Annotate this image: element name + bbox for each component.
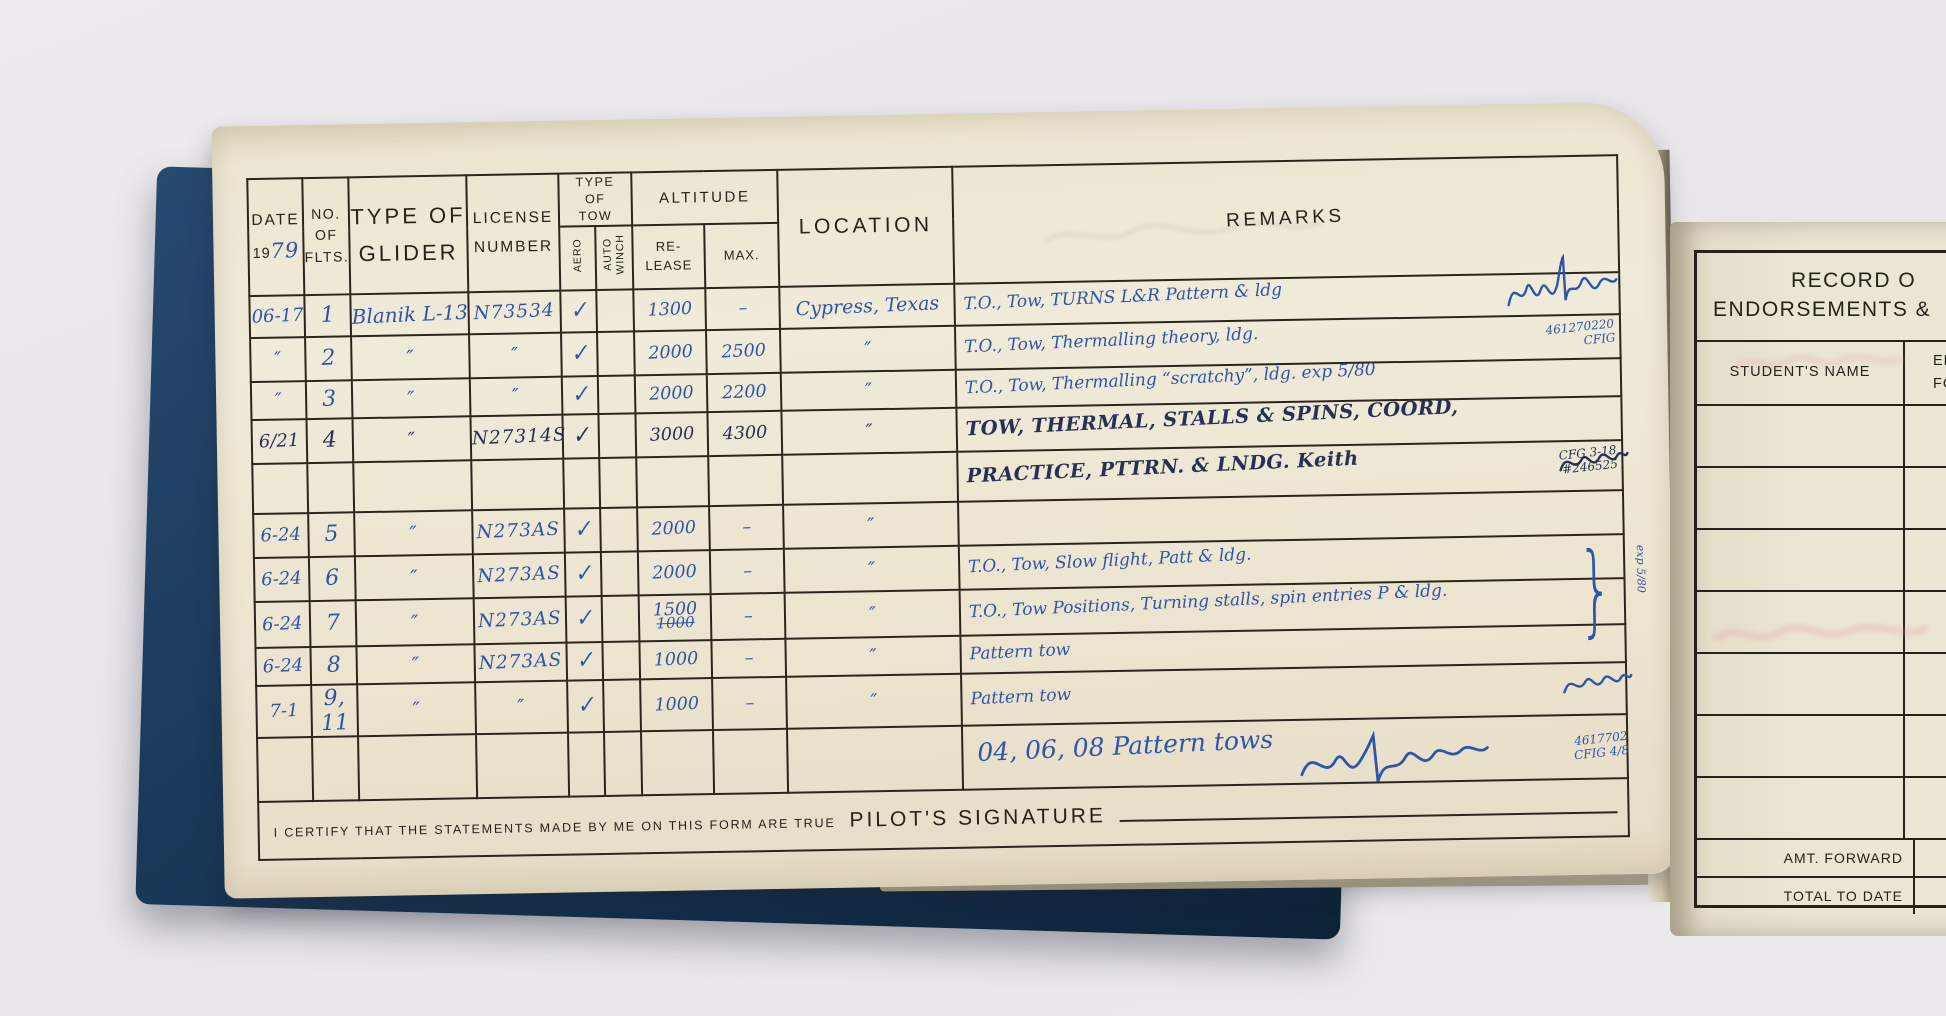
cell-date xyxy=(252,463,308,514)
cell-date: 06-17 xyxy=(249,295,305,338)
header-location: LOCATION xyxy=(777,167,954,287)
header-type-of-tow: TYPE OF TOW xyxy=(558,172,632,226)
logbook-photo: DATE 1979 NO. OF FLTS. TYPE OF GLIDER LI… xyxy=(0,0,1946,1016)
cell-license: N273AS xyxy=(474,596,567,644)
cell-location: ″ xyxy=(786,673,962,728)
header-altitude: ALTITUDE xyxy=(631,170,778,225)
cell-tow-winch xyxy=(598,413,636,458)
cell-tow-aero: ✓ xyxy=(564,508,601,553)
cell-flights: 3 xyxy=(306,380,353,419)
certification-statement: I CERTIFY THAT THE STATEMENTS MADE BY ME… xyxy=(274,816,836,840)
cell-tow-aero xyxy=(563,458,600,509)
cell-flights: 9, 11 xyxy=(311,684,358,737)
cell-altitude-max: 2500 xyxy=(706,328,781,373)
cell-altitude-release: 2000 xyxy=(635,374,708,413)
cell-location xyxy=(782,451,958,504)
cell-altitude-max: – xyxy=(710,548,785,593)
instructor-cert-note: CFG 3-18 #246525 xyxy=(1558,442,1619,477)
cell-altitude-release: 1000 xyxy=(639,640,712,679)
cell-date: 6-24 xyxy=(255,601,311,648)
year-printed: 19 xyxy=(253,246,271,262)
cell-altitude-release: 3000 xyxy=(635,412,708,457)
cell-altitude-max: 4300 xyxy=(707,410,782,455)
cell-glider: ″ xyxy=(354,510,473,556)
cell-license: ″ xyxy=(475,680,568,734)
cell-altitude-max xyxy=(713,728,788,793)
cell-altitude-release: 1300 xyxy=(633,288,706,331)
endorsements-empty-rows xyxy=(1697,406,1946,840)
cell-tow-winch xyxy=(600,507,638,552)
cell-date: 6-24 xyxy=(255,647,311,686)
cell-altitude-release: 2000 xyxy=(637,506,710,551)
endorsement-empty-row xyxy=(1697,778,1946,840)
endorsements-page: RECORD O ENDORSEMENTS & STUDENT'S NAME E… xyxy=(1670,222,1946,936)
cell-location xyxy=(787,725,963,792)
cell-tow-winch xyxy=(602,595,640,642)
cell-altitude-max: – xyxy=(711,638,786,677)
cell-flights: 5 xyxy=(308,512,355,557)
cell-glider: ″ xyxy=(355,554,474,600)
endorsements-table: RECORD O ENDORSEMENTS & STUDENT'S NAME E… xyxy=(1694,250,1946,908)
cell-tow-aero: ✓ xyxy=(566,642,603,681)
cell-tow-winch xyxy=(603,679,641,732)
cell-flights xyxy=(312,736,359,801)
cell-flights xyxy=(307,462,354,513)
cell-flights: 6 xyxy=(309,556,356,601)
cell-flights: 4 xyxy=(306,418,353,463)
endorsement-empty-row xyxy=(1697,716,1946,778)
cell-date: ″ xyxy=(250,337,306,382)
cell-tow-aero: ✓ xyxy=(565,552,602,597)
endorsement-empty-row xyxy=(1697,592,1946,654)
cell-glider: ″ xyxy=(356,644,475,684)
cell-location: ″ xyxy=(781,369,957,410)
cell-tow-winch xyxy=(601,551,639,596)
header-no-of-flights: NO. OF FLTS. xyxy=(302,177,350,294)
year-handwritten: 79 xyxy=(270,238,300,263)
cell-altitude-release: 2000 xyxy=(638,550,711,595)
cell-glider: ″ xyxy=(356,598,475,646)
header-license-number: LICENSE NUMBER xyxy=(466,174,560,292)
cell-location: ″ xyxy=(784,545,960,592)
cell-glider xyxy=(358,734,477,800)
cell-tow-aero xyxy=(568,732,605,797)
cell-date: 6-24 xyxy=(254,557,310,602)
signature-rule xyxy=(1120,797,1618,822)
cell-glider: ″ xyxy=(352,416,471,462)
cell-license: ″ xyxy=(469,332,562,378)
cell-flights: 8 xyxy=(310,646,357,685)
cell-date xyxy=(257,737,313,802)
cell-license: N73534 xyxy=(468,290,561,334)
endorsement-empty-row xyxy=(1697,654,1946,716)
cell-license: ″ xyxy=(470,376,563,416)
endorsements-title: RECORD O ENDORSEMENTS & xyxy=(1697,253,1946,342)
header-aero: AERO xyxy=(559,226,596,291)
cell-tow-aero: ✓ xyxy=(560,290,597,333)
flight-log-table: DATE 1979 NO. OF FLTS. TYPE OF GLIDER LI… xyxy=(246,154,1630,860)
cell-tow-winch xyxy=(596,289,634,332)
pilots-signature-label: PILOT'S SIGNATURE xyxy=(849,804,1106,832)
cell-tow-winch xyxy=(602,641,640,680)
cell-license: N273AS xyxy=(473,552,566,598)
cell-altitude-max: – xyxy=(705,286,780,329)
header-students-name: STUDENT'S NAME xyxy=(1697,342,1905,404)
endorsement-empty-row xyxy=(1697,406,1946,468)
instructor-cert-note: 461270220 CFIG xyxy=(1545,316,1616,352)
cell-flights: 2 xyxy=(305,336,352,381)
cell-glider: Blanik L-13 xyxy=(350,292,469,336)
cell-location: Cypress, Texas xyxy=(779,283,955,328)
cell-license: N27314S xyxy=(470,414,563,460)
cell-glider: ″ xyxy=(351,334,470,380)
cell-glider: ″ xyxy=(352,378,471,418)
cell-location: ″ xyxy=(785,635,961,676)
endorsement-empty-row xyxy=(1697,530,1946,592)
cell-flights: 1 xyxy=(304,294,351,337)
cell-date: ″ xyxy=(251,381,307,420)
cell-altitude-release: 1000 xyxy=(640,678,713,731)
header-max: MAX. xyxy=(704,222,779,287)
cell-tow-aero: ✓ xyxy=(567,680,604,733)
cell-tow-aero: ✓ xyxy=(562,376,599,415)
cell-location: ″ xyxy=(783,501,959,548)
cell-remarks: 04, 06, 08 Pattern tows4617702 CFIG 4/8 xyxy=(962,714,1628,790)
header-endorsement-for: ENDOR FO xyxy=(1905,342,1946,404)
cell-date: 7-1 xyxy=(256,685,312,738)
cell-license xyxy=(476,732,569,798)
cell-tow-winch xyxy=(597,331,635,376)
cell-tow-aero: ✓ xyxy=(562,414,599,459)
cell-license: N273AS xyxy=(472,508,565,554)
cell-flights: 7 xyxy=(310,600,357,647)
cell-glider xyxy=(353,460,472,512)
flight-log-page: DATE 1979 NO. OF FLTS. TYPE OF GLIDER LI… xyxy=(211,101,1676,898)
total-to-date-row: TOTAL TO DATE xyxy=(1697,878,1946,914)
cell-date: 6-24 xyxy=(253,513,309,558)
endorsement-empty-row xyxy=(1697,468,1946,530)
cell-altitude-release: 2000 xyxy=(634,330,707,375)
cell-location: ″ xyxy=(781,407,957,454)
cell-tow-winch xyxy=(604,731,642,796)
cell-date: 6/21 xyxy=(251,419,307,464)
cell-altitude-max xyxy=(708,454,783,505)
header-date: DATE 1979 xyxy=(247,178,304,296)
cell-altitude-release xyxy=(636,456,709,507)
cell-tow-aero: ✓ xyxy=(561,332,598,377)
cell-license: N273AS xyxy=(474,642,567,682)
cell-altitude-max: – xyxy=(709,504,784,549)
cell-location: ″ xyxy=(780,325,956,372)
cell-altitude-max: – xyxy=(712,676,787,729)
cell-location: ″ xyxy=(785,589,961,638)
header-type-of-glider: TYPE OF GLIDER xyxy=(348,175,468,294)
expiry-note: exp 5/80 xyxy=(1634,544,1648,592)
instructor-cert-note: 4617702 CFIG 4/8 xyxy=(1572,728,1630,762)
cell-altitude-release: 15001000 xyxy=(639,594,712,641)
amt-forward-row: AMT. FORWARD xyxy=(1697,840,1946,878)
cell-altitude-max: 2200 xyxy=(707,372,782,411)
cell-tow-winch xyxy=(598,375,636,414)
header-release: RE-LEASE xyxy=(632,224,705,289)
cell-altitude-max: – xyxy=(711,592,786,639)
cell-tow-winch xyxy=(599,457,637,508)
header-auto-winch: AUTO WINCH xyxy=(595,225,633,290)
cell-altitude-release xyxy=(641,730,714,795)
cell-glider: ″ xyxy=(357,682,476,736)
log-table-body: 06-171Blanik L-13N73534✓1300–Cypress, Te… xyxy=(249,272,1628,802)
cell-license xyxy=(471,458,564,510)
cell-tow-aero: ✓ xyxy=(566,596,603,643)
